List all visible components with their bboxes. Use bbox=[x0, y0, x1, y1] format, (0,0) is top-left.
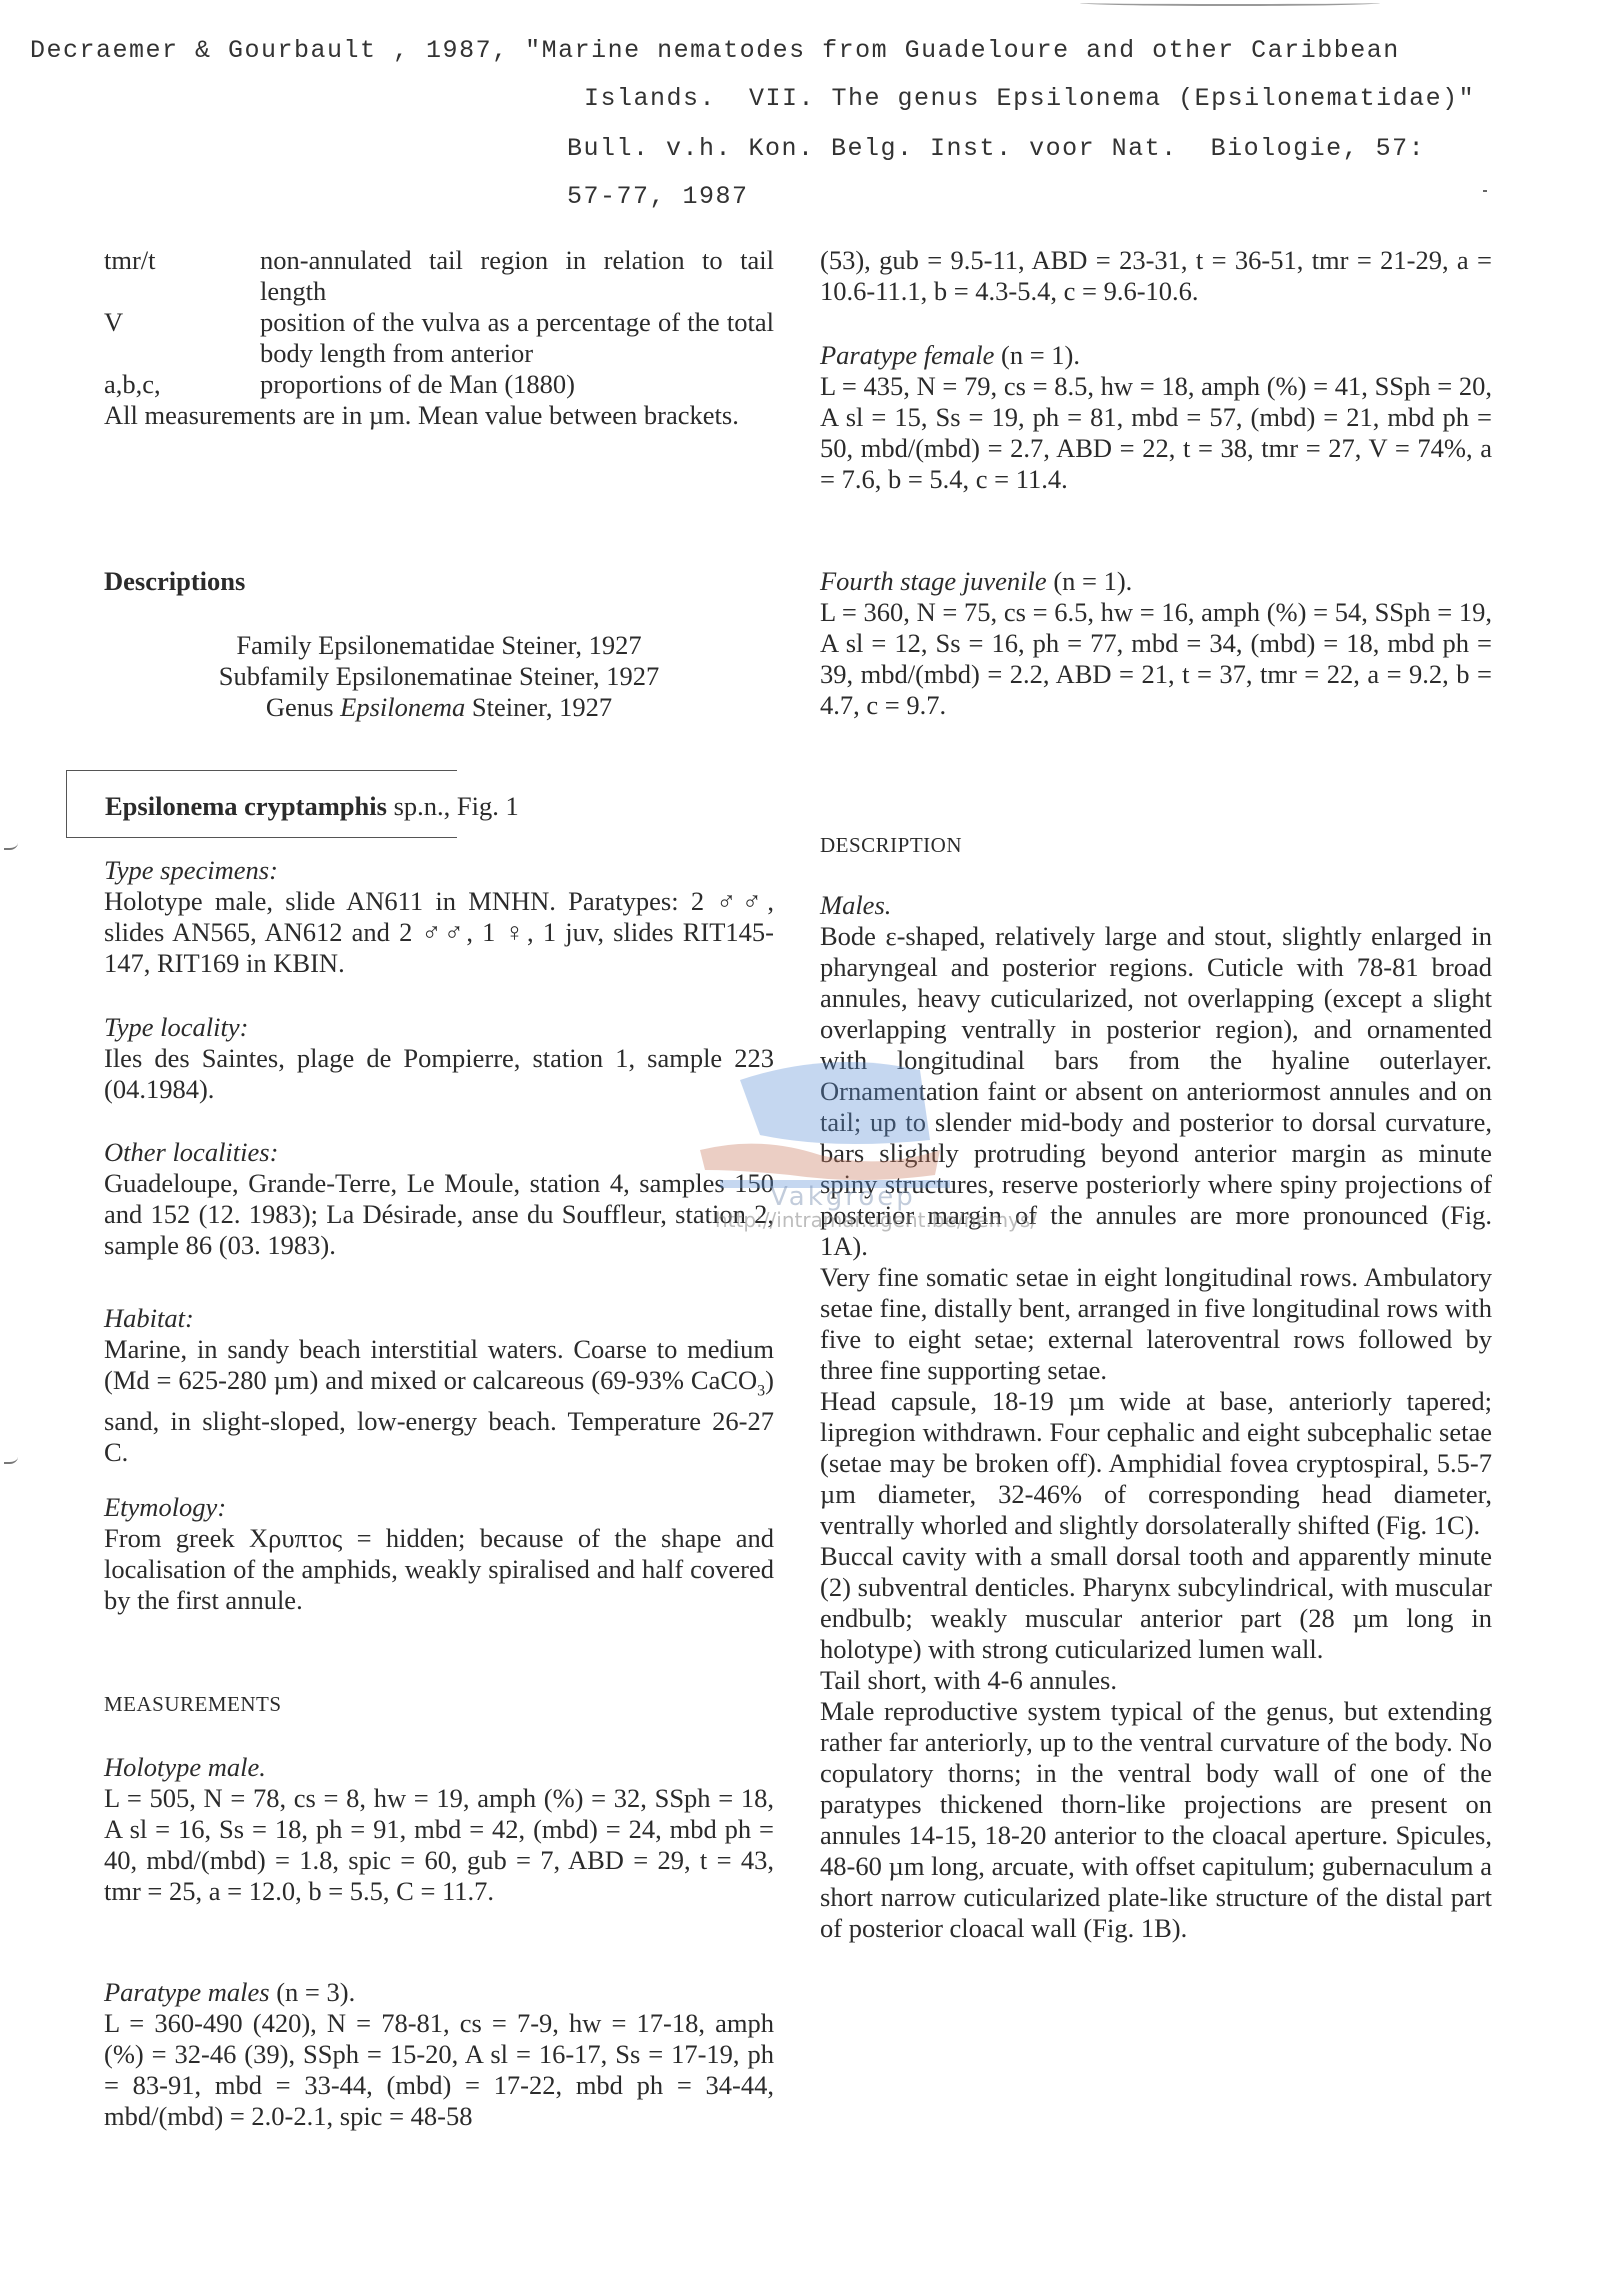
subsection-label: Paratype female (n = 1). bbox=[820, 340, 1492, 371]
subsection-label: Paratype males (n = 3). bbox=[104, 1977, 774, 2008]
measurement-text: L = 360-490 (420), N = 78-81, cs = 7-9, … bbox=[104, 2008, 774, 2132]
paratype-males-label: Paratype males bbox=[104, 1977, 270, 2007]
abbreviation-key: V bbox=[104, 307, 260, 369]
measurement-text: L = 360, N = 75, cs = 6.5, hw = 16, amph… bbox=[820, 597, 1492, 721]
description-body: Males. Bode ε-shaped, relatively large a… bbox=[820, 890, 1492, 1944]
habitat-section: Habitat: Marine, in sandy beach intersti… bbox=[104, 1303, 774, 1468]
citation-line-3: Bull. v.h. Kon. Belg. Inst. voor Nat. Bi… bbox=[567, 134, 1425, 163]
taxonomy-genus: Genus Epsilonema Steiner, 1927 bbox=[104, 692, 774, 723]
paratype-female-label: Paratype female bbox=[820, 340, 994, 370]
genus-prefix: Genus bbox=[266, 692, 340, 722]
description-paragraph: Male reproductive system typical of the … bbox=[820, 1696, 1492, 1944]
section-label: Habitat: bbox=[104, 1303, 774, 1334]
measurements-heading: MEASUREMENTS bbox=[104, 1689, 774, 1720]
juvenile-measurements: Fourth stage juvenile (n = 1). L = 360, … bbox=[820, 566, 1492, 721]
holotype-measurements: Holotype male. L = 505, N = 78, cs = 8, … bbox=[104, 1752, 774, 1907]
description-heading: DESCRIPTION bbox=[820, 830, 1492, 861]
citation-line-4: 57-77, 1987 bbox=[567, 182, 749, 211]
abbreviation-value: proportions of de Man (1880) bbox=[260, 369, 774, 400]
measurement-text: L = 505, N = 78, cs = 8, hw = 19, amph (… bbox=[104, 1783, 774, 1907]
habitat-text-a: Marine, in sandy beach interstitial wate… bbox=[104, 1334, 774, 1395]
species-name: Epsilonema cryptamphis bbox=[105, 791, 387, 821]
subsection-label: Holotype male. bbox=[104, 1752, 774, 1783]
abbreviation-row: a,b,c, proportions of de Man (1880) bbox=[104, 369, 774, 400]
abbreviation-key: a,b,c, bbox=[104, 369, 260, 400]
section-text: From greek Χρυπτος = hidden; because of … bbox=[104, 1523, 774, 1616]
sample-size: (n = 1). bbox=[994, 340, 1080, 370]
abbreviation-list: tmr/t non-annulated tail region in relat… bbox=[104, 245, 774, 431]
citation-line-2: Islands. VII. The genus Epsilonema (Epsi… bbox=[584, 84, 1475, 113]
etymology-section: Etymology: From greek Χρυπτος = hidden; … bbox=[104, 1492, 774, 1616]
scan-artifact bbox=[4, 1452, 18, 1464]
section-label: Type locality: bbox=[104, 1012, 774, 1043]
type-locality-section: Type locality: Iles des Saintes, plage d… bbox=[104, 1012, 774, 1105]
section-label: Etymology: bbox=[104, 1492, 774, 1523]
section-text: Iles des Saintes, plage de Pompierre, st… bbox=[104, 1043, 774, 1105]
scan-artifact bbox=[1483, 190, 1487, 192]
descriptions-heading: Descriptions bbox=[104, 566, 774, 597]
units-note: All measurements are in µm. Mean value b… bbox=[104, 400, 774, 431]
genus-name: Epsilonema bbox=[340, 692, 465, 722]
juvenile-label: Fourth stage juvenile bbox=[820, 566, 1047, 596]
section-label: Other localities: bbox=[104, 1137, 774, 1168]
description-paragraph: Tail short, with 4-6 annules. bbox=[820, 1665, 1492, 1696]
paratype-males-continued: (53), gub = 9.5-11, ABD = 23-31, t = 36-… bbox=[820, 245, 1492, 307]
genus-suffix: Steiner, 1927 bbox=[465, 692, 612, 722]
type-specimens-section: Type specimens: Holotype male, slide AN6… bbox=[104, 855, 774, 979]
sample-size: (n = 1). bbox=[1047, 566, 1133, 596]
abbreviation-key: tmr/t bbox=[104, 245, 260, 307]
subsection-label: Fourth stage juvenile (n = 1). bbox=[820, 566, 1492, 597]
paratype-female-measurements: Paratype female (n = 1). L = 435, N = 79… bbox=[820, 340, 1492, 495]
section-text: Marine, in sandy beach interstitial wate… bbox=[104, 1334, 774, 1468]
description-paragraph: Very fine somatic setae in eight longitu… bbox=[820, 1262, 1492, 1386]
scan-artifact bbox=[1080, 0, 1380, 6]
abbreviation-value: position of the vulva as a percentage of… bbox=[260, 307, 774, 369]
section-text: Holotype male, slide AN611 in MNHN. Para… bbox=[104, 886, 774, 979]
taxonomy-family: Family Epsilonematidae Steiner, 1927 bbox=[104, 630, 774, 661]
species-title: Epsilonema cryptamphis sp.n., Fig. 1 bbox=[105, 791, 519, 822]
measurement-text: L = 435, N = 79, cs = 8.5, hw = 18, amph… bbox=[820, 371, 1492, 495]
males-label: Males. bbox=[820, 890, 1492, 921]
abbreviation-value: non-annulated tail region in relation to… bbox=[260, 245, 774, 307]
other-localities-section: Other localities: Guadeloupe, Grande-Ter… bbox=[104, 1137, 774, 1261]
abbreviation-row: tmr/t non-annulated tail region in relat… bbox=[104, 245, 774, 307]
species-suffix: sp.n., Fig. 1 bbox=[387, 791, 519, 821]
paratype-males-measurements: Paratype males (n = 3). L = 360-490 (420… bbox=[104, 1977, 774, 2132]
description-paragraph: Buccal cavity with a small dorsal tooth … bbox=[820, 1541, 1492, 1665]
habitat-subscript: 3 bbox=[757, 1382, 765, 1399]
abbreviation-row: V position of the vulva as a percentage … bbox=[104, 307, 774, 369]
taxonomy-subfamily: Subfamily Epsilonematinae Steiner, 1927 bbox=[104, 661, 774, 692]
scan-artifact bbox=[4, 838, 18, 850]
sample-size: (n = 3). bbox=[270, 1977, 356, 2007]
taxonomy-block: Family Epsilonematidae Steiner, 1927 Sub… bbox=[104, 630, 774, 723]
watermark-url: http://intramar.ugent.be/nemys/ bbox=[715, 1208, 1037, 1232]
species-title-box: Epsilonema cryptamphis sp.n., Fig. 1 bbox=[66, 770, 457, 838]
citation-line-1: Decraemer & Gourbault , 1987, "Marine ne… bbox=[30, 36, 1400, 65]
description-paragraph: Head capsule, 18-19 µm wide at base, ant… bbox=[820, 1386, 1492, 1541]
section-label: Type specimens: bbox=[104, 855, 774, 886]
section-text: Guadeloupe, Grande-Terre, Le Moule, stat… bbox=[104, 1168, 774, 1261]
